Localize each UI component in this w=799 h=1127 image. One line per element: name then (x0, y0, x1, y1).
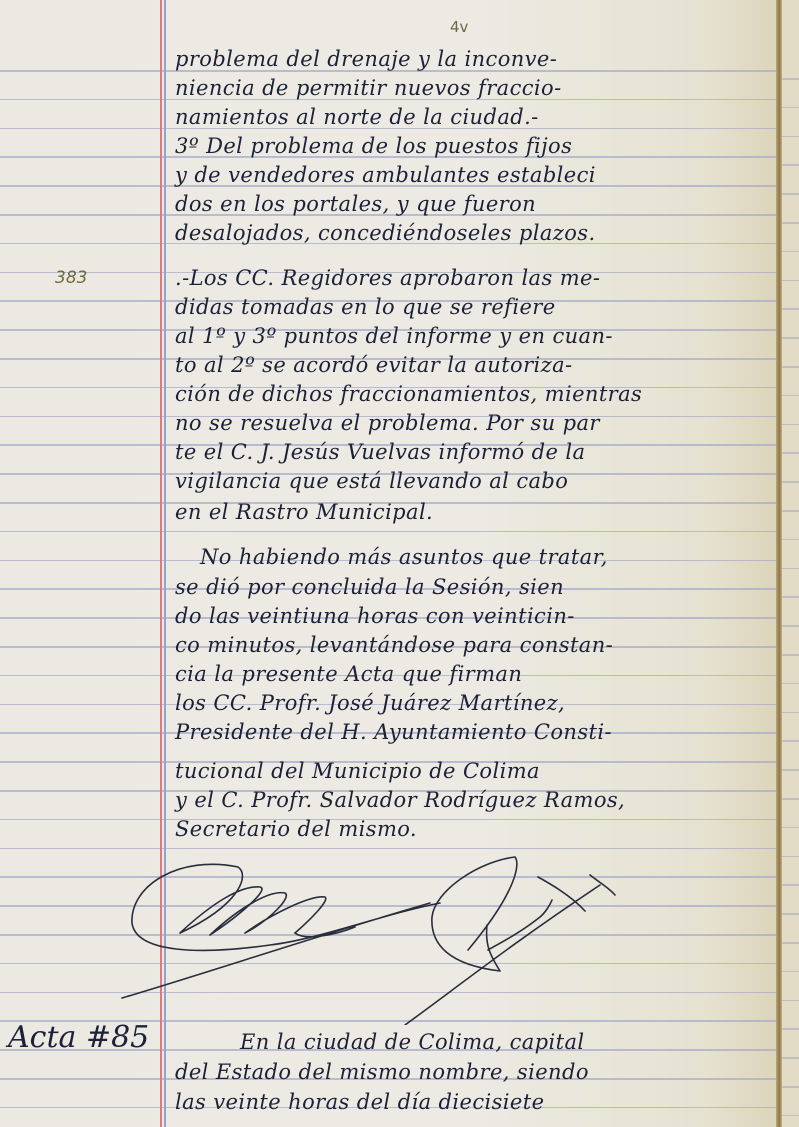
ledger-page: 4v 383 problema del drenaje y la inconve… (0, 0, 782, 1127)
adjacent-ruled-line (782, 78, 799, 80)
text-line: niencia de permitir nuevos fraccio- (175, 76, 562, 100)
signature-secretary (405, 857, 615, 1025)
adjacent-ruled-line (782, 683, 799, 685)
adjacent-ruled-line (782, 136, 799, 138)
adjacent-ruled-line (782, 1028, 799, 1030)
text-line: desalojados, concediéndoseles plazos. (175, 221, 596, 245)
text-line: 3º Del problema de los puestos fijos (175, 134, 572, 158)
adjacent-ruled-line (782, 107, 799, 109)
acta-number-label: Acta #85 (8, 1020, 149, 1055)
text-line: ción de dichos fraccionamientos, mientra… (175, 382, 642, 406)
adjacent-ruled-line (782, 395, 799, 397)
next-acta-line: En la ciudad de Colima, capital (240, 1030, 585, 1054)
text-line: Presidente del H. Ayuntamiento Consti- (175, 720, 612, 744)
text-line: vigilancia que está llevando al cabo (175, 469, 568, 493)
adjacent-ruled-line (782, 337, 799, 339)
adjacent-ruled-line (782, 1000, 799, 1002)
text-line: dos en los portales, y que fueron (175, 192, 536, 216)
adjacent-page-edge (782, 0, 799, 1127)
text-line: y de vendedores ambulantes estableci (175, 163, 596, 187)
text-line: .-Los CC. Regidores aprobaron las me- (175, 266, 600, 290)
folio-number: 4v (450, 18, 468, 36)
adjacent-ruled-line (782, 596, 799, 598)
text-line: los CC. Profr. José Juárez Martínez, (175, 691, 565, 715)
adjacent-ruled-line (782, 1115, 799, 1117)
text-line: namientos al norte de la ciudad.- (175, 105, 539, 129)
adjacent-ruled-line (782, 308, 799, 310)
signatures (120, 845, 760, 1025)
adjacent-ruled-line (782, 654, 799, 656)
adjacent-ruled-line (782, 740, 799, 742)
text-line: co minutos, levantándose para constan- (175, 633, 613, 657)
text-line: cia la presente Acta que firman (175, 662, 522, 686)
text-line: en el Rastro Municipal. (175, 500, 433, 524)
adjacent-ruled-line (782, 856, 799, 858)
adjacent-ruled-line (782, 913, 799, 915)
text-line: do las veintiuna horas con veinticin- (175, 604, 575, 628)
text-line: to al 2º se acordó evitar la autoriza- (175, 353, 573, 377)
adjacent-ruled-line (782, 625, 799, 627)
ruled-line (0, 531, 782, 533)
adjacent-ruled-line (782, 1057, 799, 1059)
adjacent-ruled-line (782, 481, 799, 483)
adjacent-ruled-line (782, 193, 799, 195)
adjacent-ruled-line (782, 424, 799, 426)
adjacent-ruled-line (782, 884, 799, 886)
text-line: se dió por concluida la Sesión, sien (175, 575, 564, 599)
adjacent-ruled-line (782, 942, 799, 944)
adjacent-ruled-line (782, 164, 799, 166)
adjacent-ruled-line (782, 712, 799, 714)
adjacent-ruled-line (782, 769, 799, 771)
adjacent-ruled-line (782, 452, 799, 454)
text-line: te el C. J. Jesús Vuelvas informó de la (175, 440, 585, 464)
adjacent-ruled-line (782, 1086, 799, 1088)
adjacent-ruled-line (782, 510, 799, 512)
text-line: no se resuelva el problema. Por su par (175, 411, 600, 435)
text-line: problema del drenaje y la inconve- (175, 47, 557, 71)
adjacent-ruled-line (782, 971, 799, 973)
adjacent-ruled-line (782, 222, 799, 224)
adjacent-ruled-line (782, 827, 799, 829)
next-acta-line: del Estado del mismo nombre, siendo (175, 1060, 589, 1084)
text-line: Secretario del mismo. (175, 817, 417, 841)
adjacent-ruled-line (782, 798, 799, 800)
margin-annotation: 383 (55, 268, 87, 288)
adjacent-ruled-line (782, 568, 799, 570)
next-acta-line: las veinte horas del día diecisiete (175, 1090, 544, 1114)
text-line: didas tomadas en lo que se refiere (175, 295, 556, 319)
signature-president (122, 864, 440, 998)
text-line: y el C. Profr. Salvador Rodríguez Ramos, (175, 788, 625, 812)
text-line: No habiendo más asuntos que tratar, (200, 545, 608, 569)
adjacent-ruled-line (782, 539, 799, 541)
adjacent-ruled-line (782, 251, 799, 253)
adjacent-ruled-line (782, 280, 799, 282)
adjacent-ruled-line (782, 366, 799, 368)
text-line: al 1º y 3º puntos del informe y en cuan- (175, 324, 613, 348)
text-line: tucional del Municipio de Colima (175, 759, 540, 783)
